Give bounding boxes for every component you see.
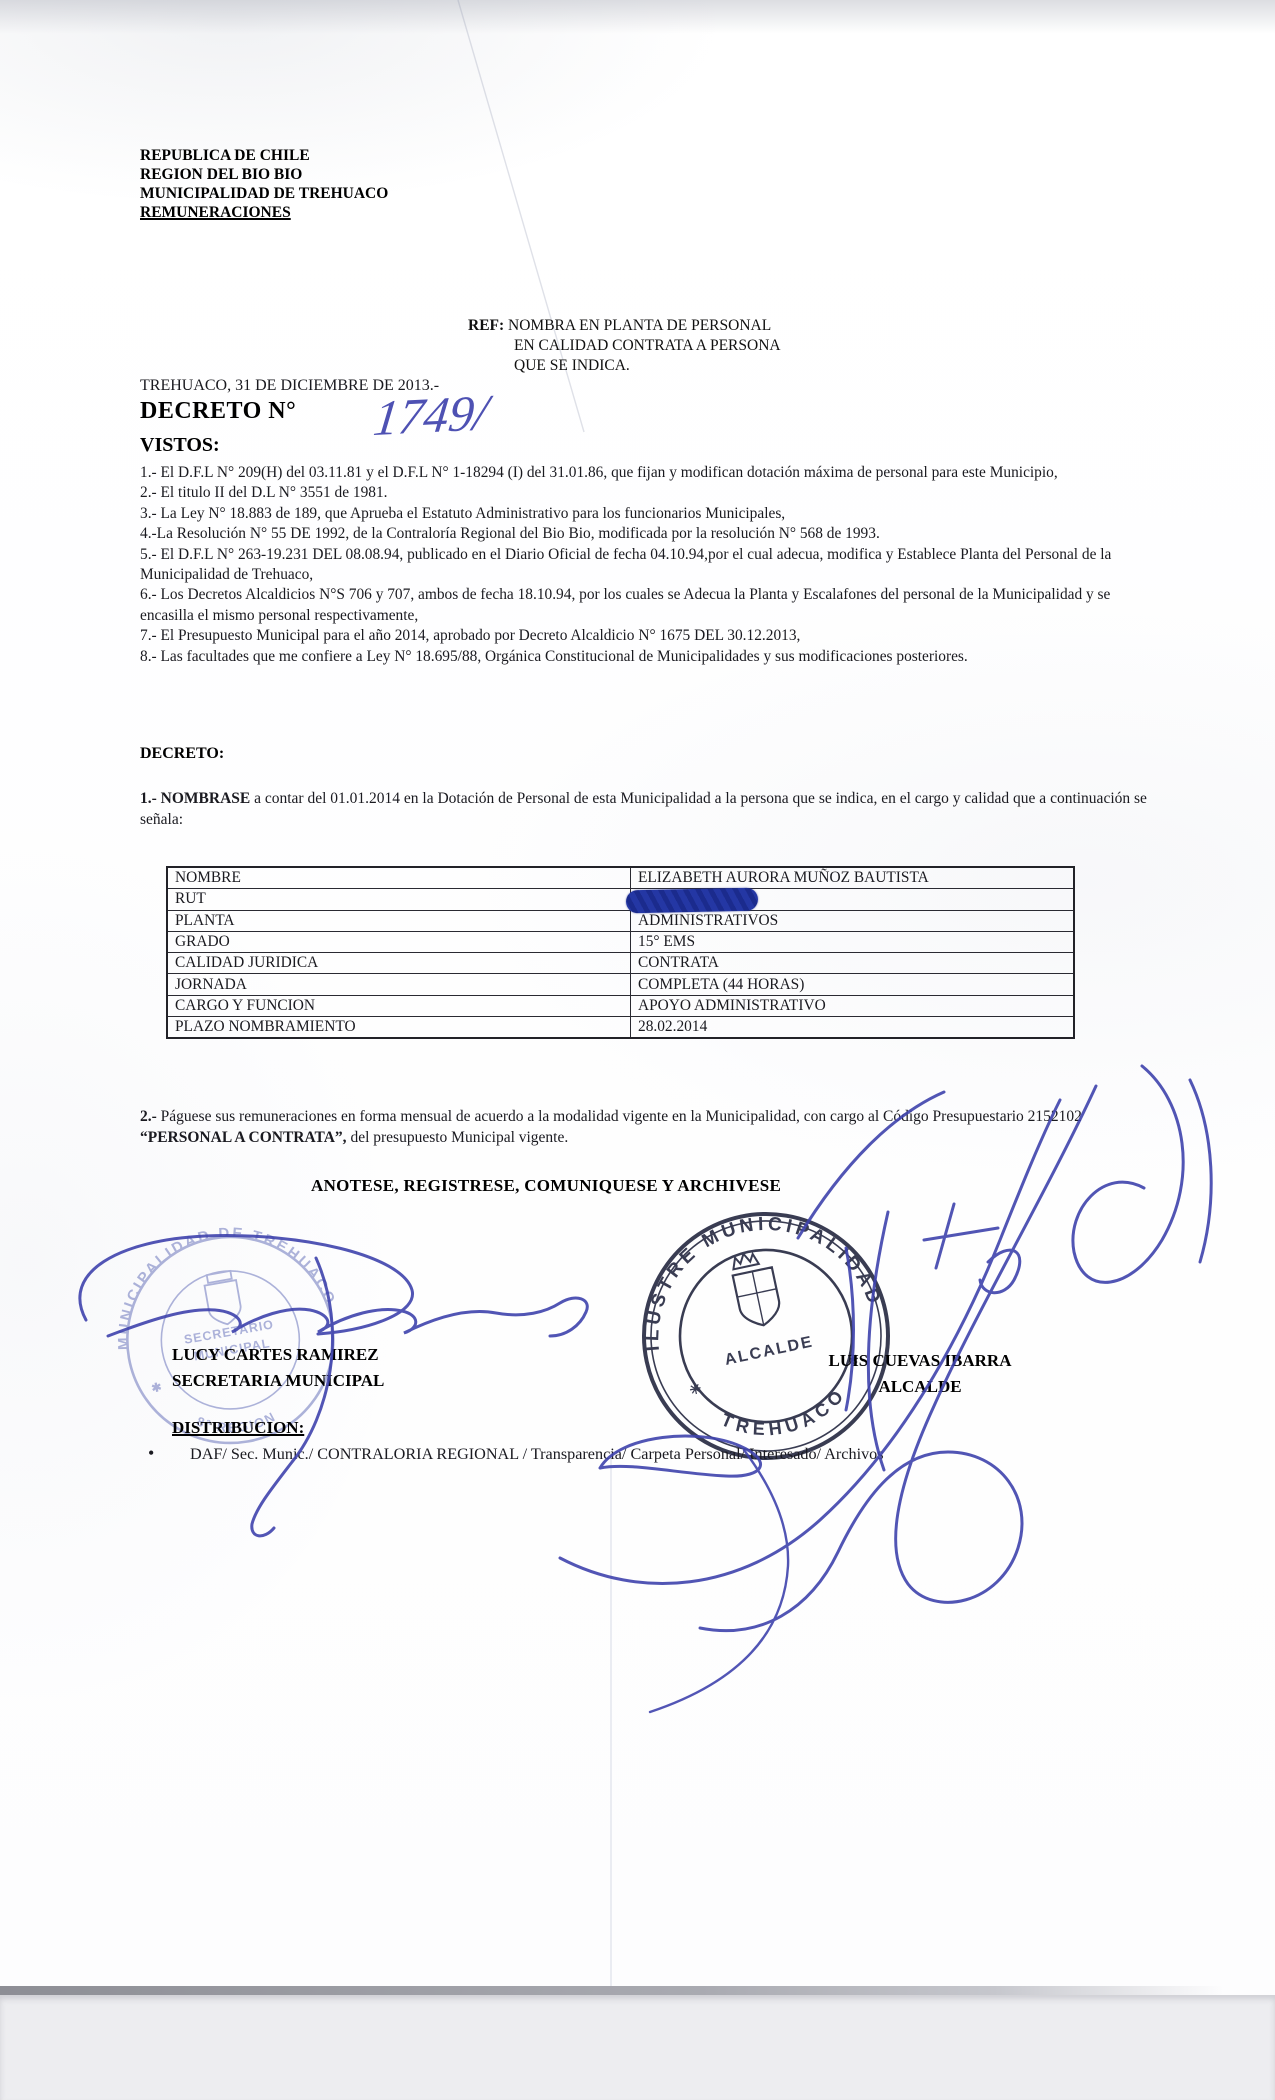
ref-block: REF: NOMBRA EN PLANTA DE PERSONAL EN CAL… bbox=[468, 316, 781, 376]
row-label: CARGO Y FUNCION bbox=[167, 995, 631, 1016]
article-2-text-2: del presupuesto Municipal vigente. bbox=[347, 1129, 569, 1146]
vistos-list: 1.- El D.F.L N° 209(H) del 03.11.81 y el… bbox=[140, 463, 1152, 667]
anotese-line: ANOTESE, REGISTRESE, COMUNIQUESE Y ARCHI… bbox=[311, 1176, 781, 1196]
vistos-item: 2.- El titulo II del D.L N° 3551 de 1981… bbox=[140, 483, 1152, 503]
letterhead-line: MUNICIPALIDAD DE TREHUACO bbox=[140, 184, 388, 203]
row-value: COMPLETA (44 HORAS) bbox=[631, 974, 1075, 995]
article-2-text-1: Páguese sus remuneraciones en forma mens… bbox=[157, 1108, 1082, 1125]
signature-right-title: ALCALDE bbox=[800, 1374, 1040, 1400]
vistos-item: 1.- El D.F.L N° 209(H) del 03.11.81 y el… bbox=[140, 463, 1152, 483]
scanner-background bbox=[0, 1995, 1275, 2100]
row-value: ADMINISTRATIVOS bbox=[631, 910, 1075, 931]
ref-label: REF: bbox=[468, 317, 504, 334]
letterhead: REPUBLICA DE CHILE REGION DEL BIO BIO MU… bbox=[140, 146, 388, 222]
table-row: GRADO15° EMS bbox=[167, 931, 1074, 952]
row-label: JORNADA bbox=[167, 974, 631, 995]
article-2: 2.- Páguese sus remuneraciones en forma … bbox=[140, 1106, 1152, 1148]
row-value: CONTRATA bbox=[631, 953, 1075, 974]
article-1-lead: 1.- NOMBRASE bbox=[140, 790, 250, 807]
distribution-item: DAF/ Sec. Munic./ CONTRALORIA REGIONAL /… bbox=[146, 1443, 1136, 1466]
article-1: 1.- NOMBRASE a contar del 01.01.2014 en … bbox=[140, 788, 1152, 830]
vistos-label: VISTOS: bbox=[140, 434, 220, 457]
row-label: RUT bbox=[167, 889, 631, 910]
signature-left-title: SECRETARIA MUNICIPAL bbox=[172, 1368, 384, 1394]
scanned-decree-page: REPUBLICA DE CHILE REGION DEL BIO BIO MU… bbox=[0, 0, 1275, 2100]
vistos-item: 6.- Los Decretos Alcaldicios N°S 706 y 7… bbox=[140, 585, 1152, 626]
vistos-item: 8.- Las facultades que me confiere a Ley… bbox=[140, 647, 1152, 667]
row-value: 28.02.2014 bbox=[631, 1017, 1075, 1039]
row-label: NOMBRE bbox=[167, 867, 631, 889]
article-2-bold: “PERSONAL A CONTRATA”, bbox=[140, 1129, 347, 1146]
decreto-label: DECRETO: bbox=[140, 745, 224, 763]
ref-line1-text: NOMBRA EN PLANTA DE PERSONAL bbox=[504, 317, 771, 334]
row-value: 15° EMS bbox=[631, 931, 1075, 952]
distribution-label: DISTRIBUCION: bbox=[172, 1418, 304, 1438]
paper-background bbox=[0, 0, 1275, 2100]
table-row: RUT13.128.139-0 bbox=[167, 889, 1074, 910]
vistos-item: 3.- La Ley N° 18.883 de 189, que Aprueba… bbox=[140, 504, 1152, 524]
signature-right-name: LUIS CUEVAS IBARRA bbox=[800, 1348, 1040, 1374]
row-value: APOYO ADMINISTRATIVO bbox=[631, 995, 1075, 1016]
row-value: ELIZABETH AURORA MUÑOZ BAUTISTA bbox=[631, 867, 1075, 889]
letterhead-line: REPUBLICA DE CHILE bbox=[140, 146, 388, 165]
article-1-text: a contar del 01.01.2014 en la Dotación d… bbox=[140, 790, 1147, 828]
ref-line2: EN CALIDAD CONTRATA A PERSONA bbox=[514, 336, 781, 356]
table-row: NOMBREELIZABETH AURORA MUÑOZ BAUTISTA bbox=[167, 867, 1074, 889]
table-row: PLAZO NOMBRAMIENTO28.02.2014 bbox=[167, 1017, 1074, 1039]
article-2-lead: 2.- bbox=[140, 1108, 157, 1125]
signature-left-block: LUCY CARTES RAMIREZ SECRETARIA MUNICIPAL bbox=[172, 1342, 384, 1394]
row-label: PLANTA bbox=[167, 910, 631, 931]
ref-line1: REF: NOMBRA EN PLANTA DE PERSONAL bbox=[468, 316, 781, 336]
ref-line3: QUE SE INDICA. bbox=[514, 356, 781, 376]
table-row: CARGO Y FUNCIONAPOYO ADMINISTRATIVO bbox=[167, 995, 1074, 1016]
letterhead-line-underlined: REMUNERACIONES bbox=[140, 203, 388, 222]
signature-right-block: LUIS CUEVAS IBARRA ALCALDE bbox=[800, 1348, 1040, 1400]
signature-left-name: LUCY CARTES RAMIREZ bbox=[172, 1342, 384, 1368]
table-row: CALIDAD JURIDICACONTRATA bbox=[167, 953, 1074, 974]
table-row: PLANTAADMINISTRATIVOS bbox=[167, 910, 1074, 931]
vistos-item: 5.- El D.F.L N° 263-19.231 DEL 08.08.94,… bbox=[140, 545, 1152, 586]
row-label: CALIDAD JURIDICA bbox=[167, 953, 631, 974]
personnel-table: NOMBREELIZABETH AURORA MUÑOZ BAUTISTA RU… bbox=[166, 866, 1075, 1039]
letterhead-line: REGION DEL BIO BIO bbox=[140, 165, 388, 184]
row-label: GRADO bbox=[167, 931, 631, 952]
paper-bottom-edge bbox=[0, 1986, 1275, 1995]
distribution-list: DAF/ Sec. Munic./ CONTRALORIA REGIONAL /… bbox=[146, 1443, 1136, 1466]
table-row: JORNADACOMPLETA (44 HORAS) bbox=[167, 974, 1074, 995]
vistos-item: 7.- El Presupuesto Municipal para el año… bbox=[140, 626, 1152, 646]
decree-number-handwritten: 1749/ bbox=[370, 383, 491, 447]
rut-redaction-marker bbox=[626, 888, 758, 914]
row-label: PLAZO NOMBRAMIENTO bbox=[167, 1017, 631, 1039]
decree-heading: DECRETO N° bbox=[140, 398, 296, 425]
vistos-item: 4.-La Resolución N° 55 DE 1992, de la Co… bbox=[140, 524, 1152, 544]
